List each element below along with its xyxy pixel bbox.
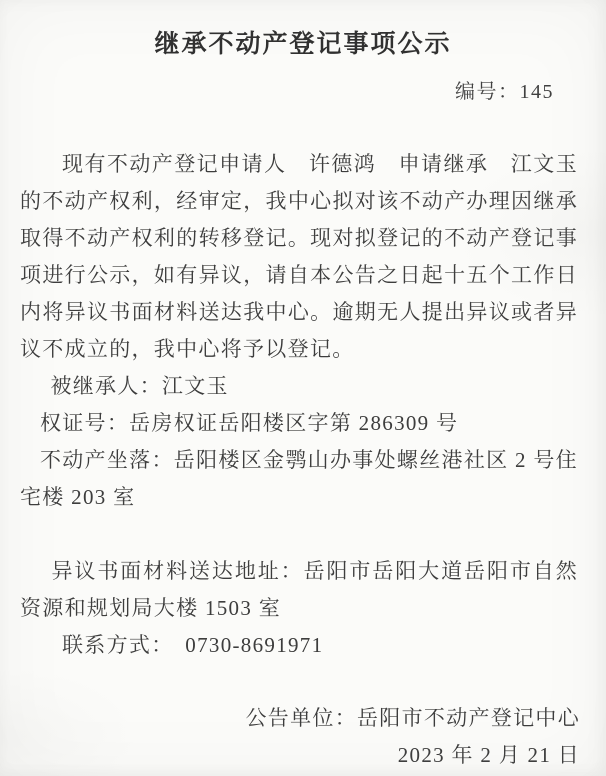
issuer-line: 公告单位：岳阳市不动产登记中心 (20, 700, 580, 737)
contact-line: 联系方式： 0730-8691971 (20, 627, 578, 664)
property-location-line: 不动产坐落：岳阳楼区金鹗山办事处螺丝港社区 2 号住宅楼 203 室 (20, 442, 578, 516)
certificate-number-line: 权证号：岳房权证岳阳楼区字第 286309 号 (20, 405, 578, 442)
decedent-line: 被继承人：江文玉 (20, 368, 578, 405)
objection-address-line: 异议书面材料送达地址：岳阳市岳阳大道岳阳市自然资源和规划局大楼 1503 室 (20, 553, 578, 627)
intro-paragraph: 现有不动产登记申请人 许德鸿 申请继承 江文玉 的不动产权利，经审定，我中心拟对… (20, 146, 578, 368)
page-title: 继承不动产登记事项公示 (0, 24, 606, 60)
doc-number: 编号：145 (0, 75, 606, 104)
document-body: 现有不动产登记申请人 许德鸿 申请继承 江文玉 的不动产权利，经审定，我中心拟对… (20, 146, 578, 664)
document-footer: 公告单位：岳阳市不动产登记中心 2023 年 2 月 21 日 (20, 700, 580, 774)
date-line: 2023 年 2 月 21 日 (20, 737, 580, 774)
notice-document: 继承不动产登记事项公示 编号：145 现有不动产登记申请人 许德鸿 申请继承 江… (0, 0, 606, 776)
